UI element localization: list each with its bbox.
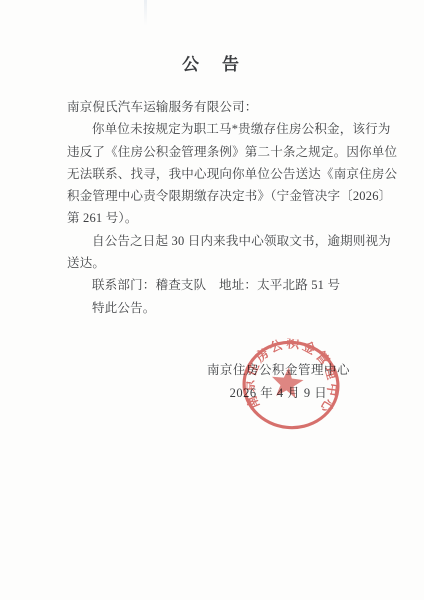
signature-block: 南京住房公积金管理中心 2026 年 4 月 9 日 (207, 359, 350, 405)
body-line: 送达。 (67, 252, 367, 274)
contact-line: 联系部门：稽查支队 地址：太平北路 51 号 (67, 274, 367, 296)
recipient-line: 南京倪氏汽车运输服务有限公司： (67, 96, 367, 118)
body-line: 积金管理中心责令限期缴存决定书》（宁金管决字〔2026〕 (67, 185, 367, 207)
body-line: 第 261 号）。 (67, 207, 367, 229)
scan-artifact-mark (144, 0, 147, 26)
body-line: 无法联系、找寻，我中心现向你单位公告送达《南京住房公 (67, 163, 367, 185)
closing-line: 特此公告。 (67, 297, 367, 319)
signature-org: 南京住房公积金管理中心 (207, 359, 350, 382)
scanned-notice-page: 公 告 南京倪氏汽车运输服务有限公司： 你单位未按规定为职工马*贵缴存住房公积金… (0, 0, 424, 600)
notice-body: 南京倪氏汽车运输服务有限公司： 你单位未按规定为职工马*贵缴存住房公积金，该行为… (67, 96, 367, 319)
body-line: 违反了《住房公积金管理条例》第二十条之规定。因你单位 (67, 141, 367, 163)
body-line: 自公告之日起 30 日内来我中心领取文书，逾期则视为 (67, 230, 367, 252)
signature-date: 2026 年 4 月 9 日 (207, 382, 350, 405)
body-line: 你单位未按规定为职工马*贵缴存住房公积金，该行为 (67, 118, 367, 140)
notice-title: 公 告 (0, 50, 424, 75)
